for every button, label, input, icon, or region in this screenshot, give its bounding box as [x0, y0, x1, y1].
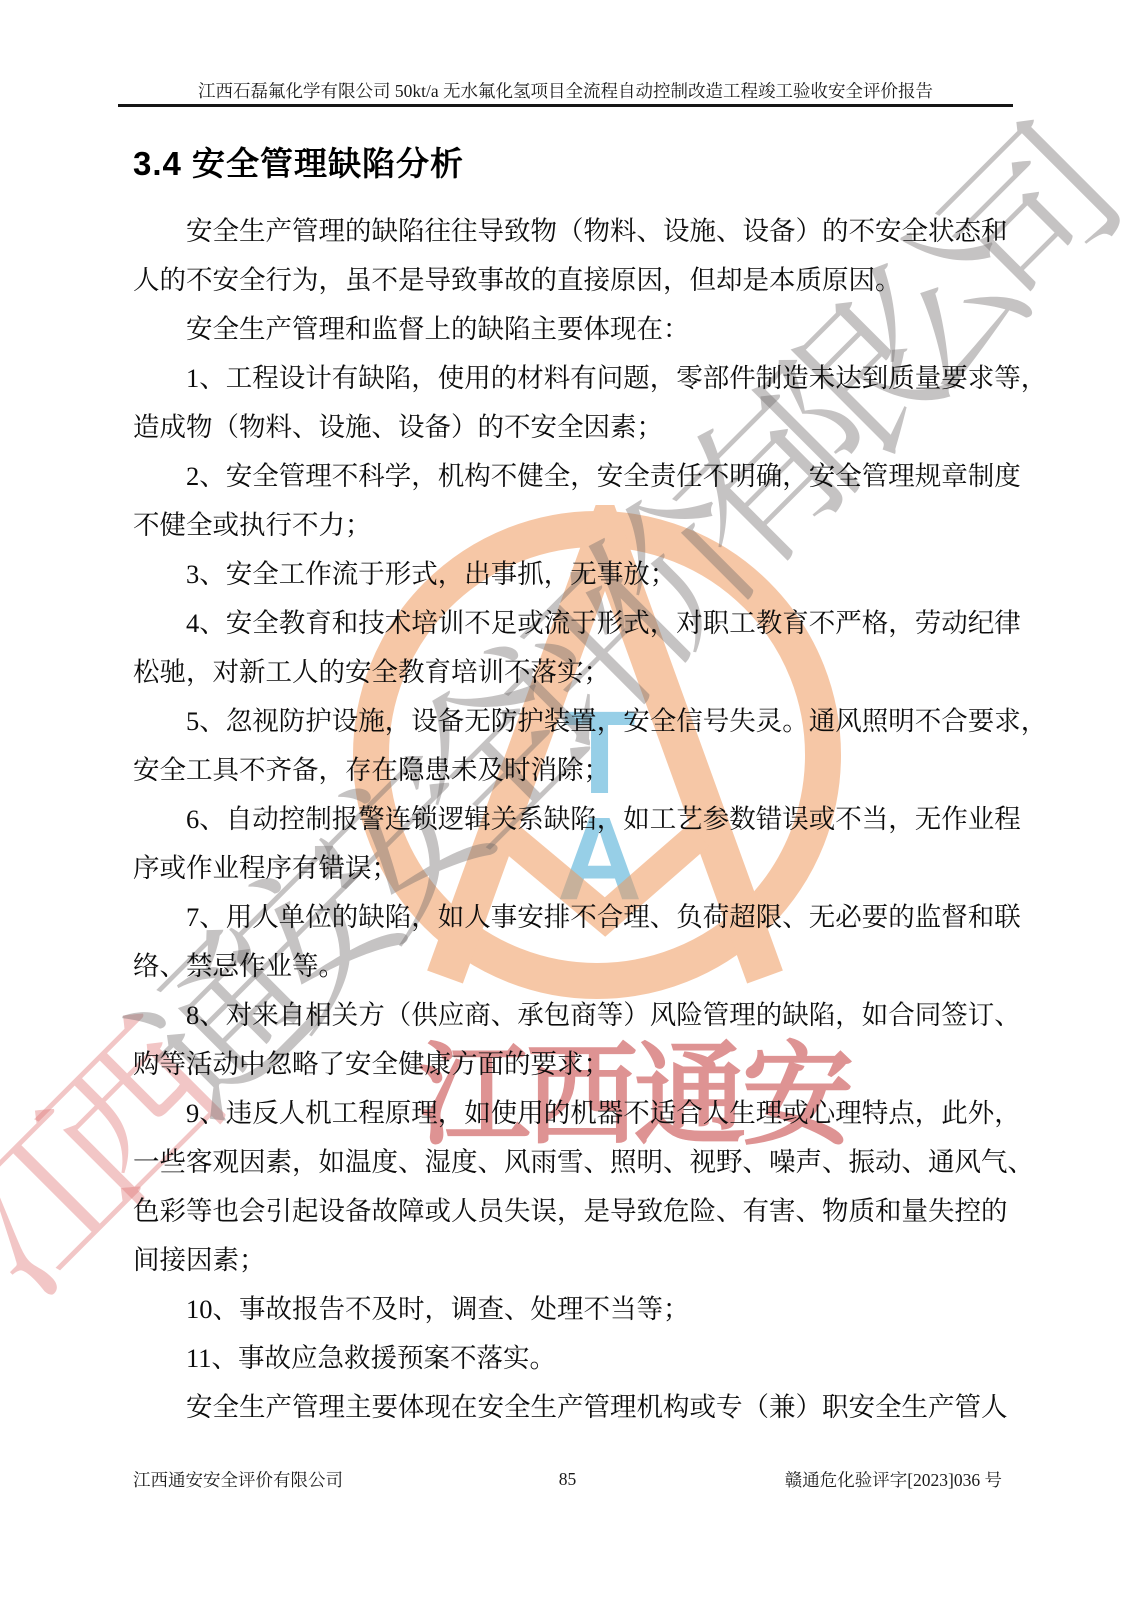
body-line: 3、安全工作流于形式，出事抓，无事放；	[133, 550, 1023, 599]
body-line: 2、安全管理不科学，机构不健全，安全责任不明确，安全管理规章制度	[133, 452, 1023, 501]
body-line: 络、禁忌作业等。	[133, 942, 1023, 991]
header-title: 江西石磊氟化学有限公司 50kt/a 无水氟化氢项目全流程自动控制改造工程竣工验…	[0, 80, 1131, 102]
header-rule	[118, 104, 1013, 107]
body-line: 序或作业程序有错误；	[133, 844, 1023, 893]
body-line: 7、用人单位的缺陷，如人事安排不合理、负荷超限、无必要的监督和联	[133, 893, 1023, 942]
body-line: 造成物（物料、设施、设备）的不安全因素；	[133, 403, 1023, 452]
page-footer: 江西通安安全评价有限公司 85 赣通危化验评字[2023]036 号	[133, 1466, 1002, 1492]
body-line: 6、自动控制报警连锁逻辑关系缺陷，如工艺参数错误或不当，无作业程	[133, 795, 1023, 844]
body-line: 10、事故报告不及时，调查、处理不当等；	[133, 1285, 1023, 1334]
body-line: 色彩等也会引起设备故障或人员失误，是导致危险、有害、物质和量失控的	[133, 1187, 1023, 1236]
body-text: 安全生产管理的缺陷往往导致物（物料、设施、设备）的不安全状态和人的不安全行为，虽…	[133, 207, 1023, 1432]
document-page: T A 江西通安安全评价有限公司 江西通安 江西石磊氟化学有限公司 50kt/a…	[0, 0, 1131, 1600]
body-line: 11、事故应急救援预案不落实。	[133, 1334, 1023, 1383]
body-line: 4、安全教育和技术培训不足或流于形式，对职工教育不严格，劳动纪律	[133, 599, 1023, 648]
footer-company: 江西通安安全评价有限公司	[133, 1467, 423, 1492]
body-line: 5、忽视防护设施，设备无防护装置，安全信号失灵。通风照明不合要求，	[133, 697, 1023, 746]
body-line: 8、对来自相关方（供应商、承包商等）风险管理的缺陷，如合同签订、	[133, 991, 1023, 1040]
footer-page-number: 85	[423, 1469, 713, 1490]
body-line: 一些客观因素，如温度、湿度、风雨雪、照明、视野、噪声、振动、通风气、	[133, 1138, 1023, 1187]
body-line: 安全生产管理和监督上的缺陷主要体现在：	[133, 305, 1023, 354]
body-line: 1、工程设计有缺陷，使用的材料有问题，零部件制造未达到质量要求等，	[133, 354, 1023, 403]
section-heading: 3.4 安全管理缺陷分析	[133, 143, 464, 185]
body-line: 间接因素；	[133, 1236, 1023, 1285]
footer-doc-number: 赣通危化验评字[2023]036 号	[712, 1467, 1002, 1492]
body-line: 人的不安全行为，虽不是导致事故的直接原因，但却是本质原因。	[133, 256, 1023, 305]
body-line: 松驰，对新工人的安全教育培训不落实；	[133, 648, 1023, 697]
body-line: 安全生产管理主要体现在安全生产管理机构或专（兼）职安全生产管人	[133, 1383, 1023, 1432]
body-line: 不健全或执行不力；	[133, 501, 1023, 550]
body-line: 购等活动中忽略了安全健康方面的要求；	[133, 1040, 1023, 1089]
body-line: 9、违反人机工程原理，如使用的机器不适合人生理或心理特点，此外，	[133, 1089, 1023, 1138]
body-line: 安全工具不齐备，存在隐患未及时消除；	[133, 746, 1023, 795]
body-line: 安全生产管理的缺陷往往导致物（物料、设施、设备）的不安全状态和	[133, 207, 1023, 256]
